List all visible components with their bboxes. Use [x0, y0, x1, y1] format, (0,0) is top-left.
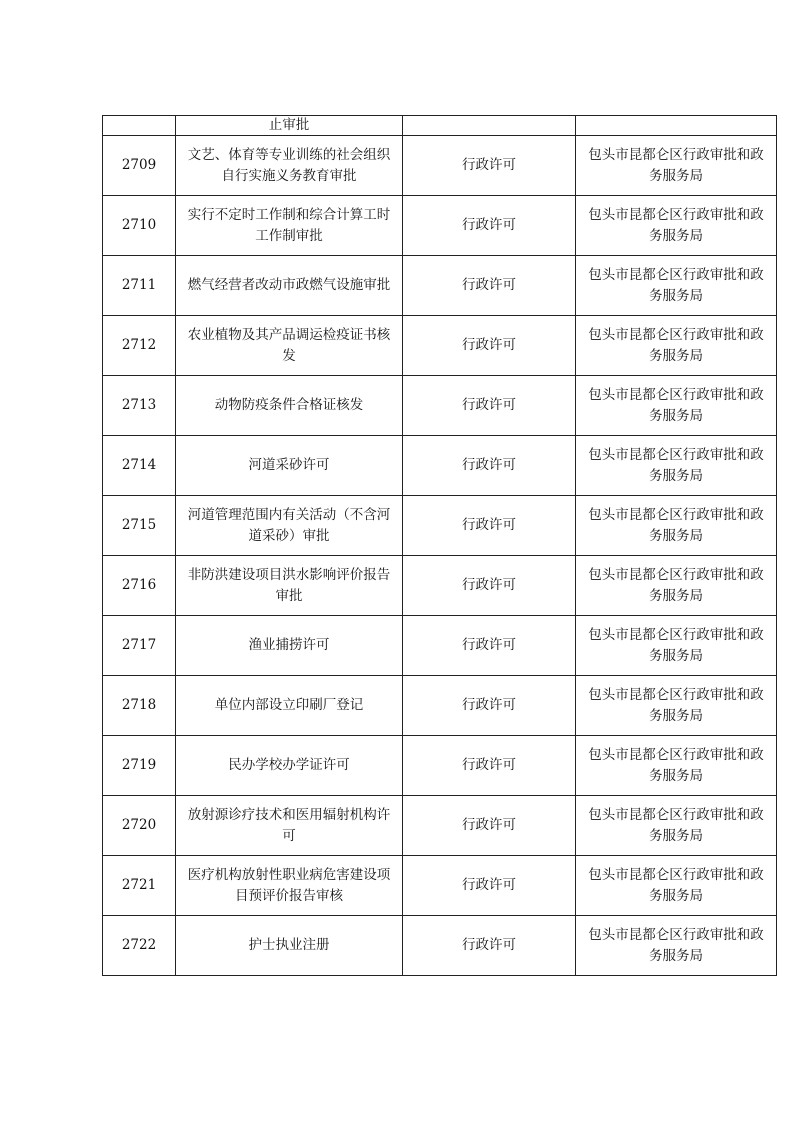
cell-type: 行政许可: [403, 256, 576, 316]
cell-type: 行政许可: [403, 556, 576, 616]
cell-item: 实行不定时工作制和综合计算工时工作制审批: [176, 196, 403, 256]
cell-no: 2712: [103, 316, 176, 376]
cell-dept: 包头市昆都仑区行政审批和政务服务局: [576, 916, 777, 976]
table-row-continuation: 止审批: [103, 116, 777, 136]
cell-type: 行政许可: [403, 436, 576, 496]
cell-no: 2721: [103, 856, 176, 916]
table-row: 2710 实行不定时工作制和综合计算工时工作制审批 行政许可 包头市昆都仑区行政…: [103, 196, 777, 256]
cell-type: 行政许可: [403, 196, 576, 256]
cell-item: 燃气经营者改动市政燃气设施审批: [176, 256, 403, 316]
cell-item: 民办学校办学证许可: [176, 736, 403, 796]
cell-item: 动物防疫条件合格证核发: [176, 376, 403, 436]
table-row: 2721 医疗机构放射性职业病危害建设项目预评价报告审核 行政许可 包头市昆都仑…: [103, 856, 777, 916]
cell-dept: 包头市昆都仑区行政审批和政务服务局: [576, 736, 777, 796]
cell-item: 农业植物及其产品调运检疫证书核发: [176, 316, 403, 376]
cell-item: 护士执业注册: [176, 916, 403, 976]
cell-no: 2713: [103, 376, 176, 436]
cell-item: 文艺、体育等专业训练的社会组织自行实施义务教育审批: [176, 136, 403, 196]
cell-type: 行政许可: [403, 676, 576, 736]
cell-type: 行政许可: [403, 616, 576, 676]
cell-dept: 包头市昆都仑区行政审批和政务服务局: [576, 436, 777, 496]
cell-no: 2719: [103, 736, 176, 796]
cell-dept: 包头市昆都仑区行政审批和政务服务局: [576, 556, 777, 616]
cell-dept: [576, 116, 777, 136]
table-row: 2718 单位内部设立印刷厂登记 行政许可 包头市昆都仑区行政审批和政务服务局: [103, 676, 777, 736]
cell-type: 行政许可: [403, 856, 576, 916]
cell-type: 行政许可: [403, 736, 576, 796]
table-row: 2713 动物防疫条件合格证核发 行政许可 包头市昆都仑区行政审批和政务服务局: [103, 376, 777, 436]
table-row: 2720 放射源诊疗技术和医用辐射机构许可 行政许可 包头市昆都仑区行政审批和政…: [103, 796, 777, 856]
cell-type: 行政许可: [403, 496, 576, 556]
cell-dept: 包头市昆都仑区行政审批和政务服务局: [576, 796, 777, 856]
cell-item: 放射源诊疗技术和医用辐射机构许可: [176, 796, 403, 856]
cell-dept: 包头市昆都仑区行政审批和政务服务局: [576, 136, 777, 196]
table-row: 2722 护士执业注册 行政许可 包头市昆都仑区行政审批和政务服务局: [103, 916, 777, 976]
cell-item: 河道管理范围内有关活动（不含河道采砂）审批: [176, 496, 403, 556]
cell-dept: 包头市昆都仑区行政审批和政务服务局: [576, 856, 777, 916]
cell-no: 2718: [103, 676, 176, 736]
cell-type: 行政许可: [403, 916, 576, 976]
cell-item: 渔业捕捞许可: [176, 616, 403, 676]
cell-item: 河道采砂许可: [176, 436, 403, 496]
cell-no: 2722: [103, 916, 176, 976]
cell-no: [103, 116, 176, 136]
cell-item: 单位内部设立印刷厂登记: [176, 676, 403, 736]
cell-no: 2714: [103, 436, 176, 496]
table-row: 2711 燃气经营者改动市政燃气设施审批 行政许可 包头市昆都仑区行政审批和政务…: [103, 256, 777, 316]
table-row: 2717 渔业捕捞许可 行政许可 包头市昆都仑区行政审批和政务服务局: [103, 616, 777, 676]
cell-no: 2709: [103, 136, 176, 196]
cell-no: 2720: [103, 796, 176, 856]
cell-dept: 包头市昆都仑区行政审批和政务服务局: [576, 616, 777, 676]
cell-item: 医疗机构放射性职业病危害建设项目预评价报告审核: [176, 856, 403, 916]
table-row: 2715 河道管理范围内有关活动（不含河道采砂）审批 行政许可 包头市昆都仑区行…: [103, 496, 777, 556]
cell-no: 2717: [103, 616, 176, 676]
cell-no: 2710: [103, 196, 176, 256]
cell-dept: 包头市昆都仑区行政审批和政务服务局: [576, 256, 777, 316]
table-row: 2716 非防洪建设项目洪水影响评价报告审批 行政许可 包头市昆都仑区行政审批和…: [103, 556, 777, 616]
cell-type: 行政许可: [403, 796, 576, 856]
cell-item: 非防洪建设项目洪水影响评价报告审批: [176, 556, 403, 616]
table-row: 2712 农业植物及其产品调运检疫证书核发 行政许可 包头市昆都仑区行政审批和政…: [103, 316, 777, 376]
cell-item: 止审批: [176, 116, 403, 136]
table-row: 2719 民办学校办学证许可 行政许可 包头市昆都仑区行政审批和政务服务局: [103, 736, 777, 796]
cell-type: 行政许可: [403, 316, 576, 376]
cell-no: 2711: [103, 256, 176, 316]
cell-no: 2716: [103, 556, 176, 616]
cell-dept: 包头市昆都仑区行政审批和政务服务局: [576, 316, 777, 376]
cell-type: 行政许可: [403, 136, 576, 196]
cell-dept: 包头市昆都仑区行政审批和政务服务局: [576, 496, 777, 556]
cell-type: [403, 116, 576, 136]
table-row: 2709 文艺、体育等专业训练的社会组织自行实施义务教育审批 行政许可 包头市昆…: [103, 136, 777, 196]
cell-dept: 包头市昆都仑区行政审批和政务服务局: [576, 196, 777, 256]
items-table: 止审批 2709 文艺、体育等专业训练的社会组织自行实施义务教育审批 行政许可 …: [102, 115, 777, 976]
cell-type: 行政许可: [403, 376, 576, 436]
cell-dept: 包头市昆都仑区行政审批和政务服务局: [576, 376, 777, 436]
table-row: 2714 河道采砂许可 行政许可 包头市昆都仑区行政审批和政务服务局: [103, 436, 777, 496]
cell-no: 2715: [103, 496, 176, 556]
cell-dept: 包头市昆都仑区行政审批和政务服务局: [576, 676, 777, 736]
